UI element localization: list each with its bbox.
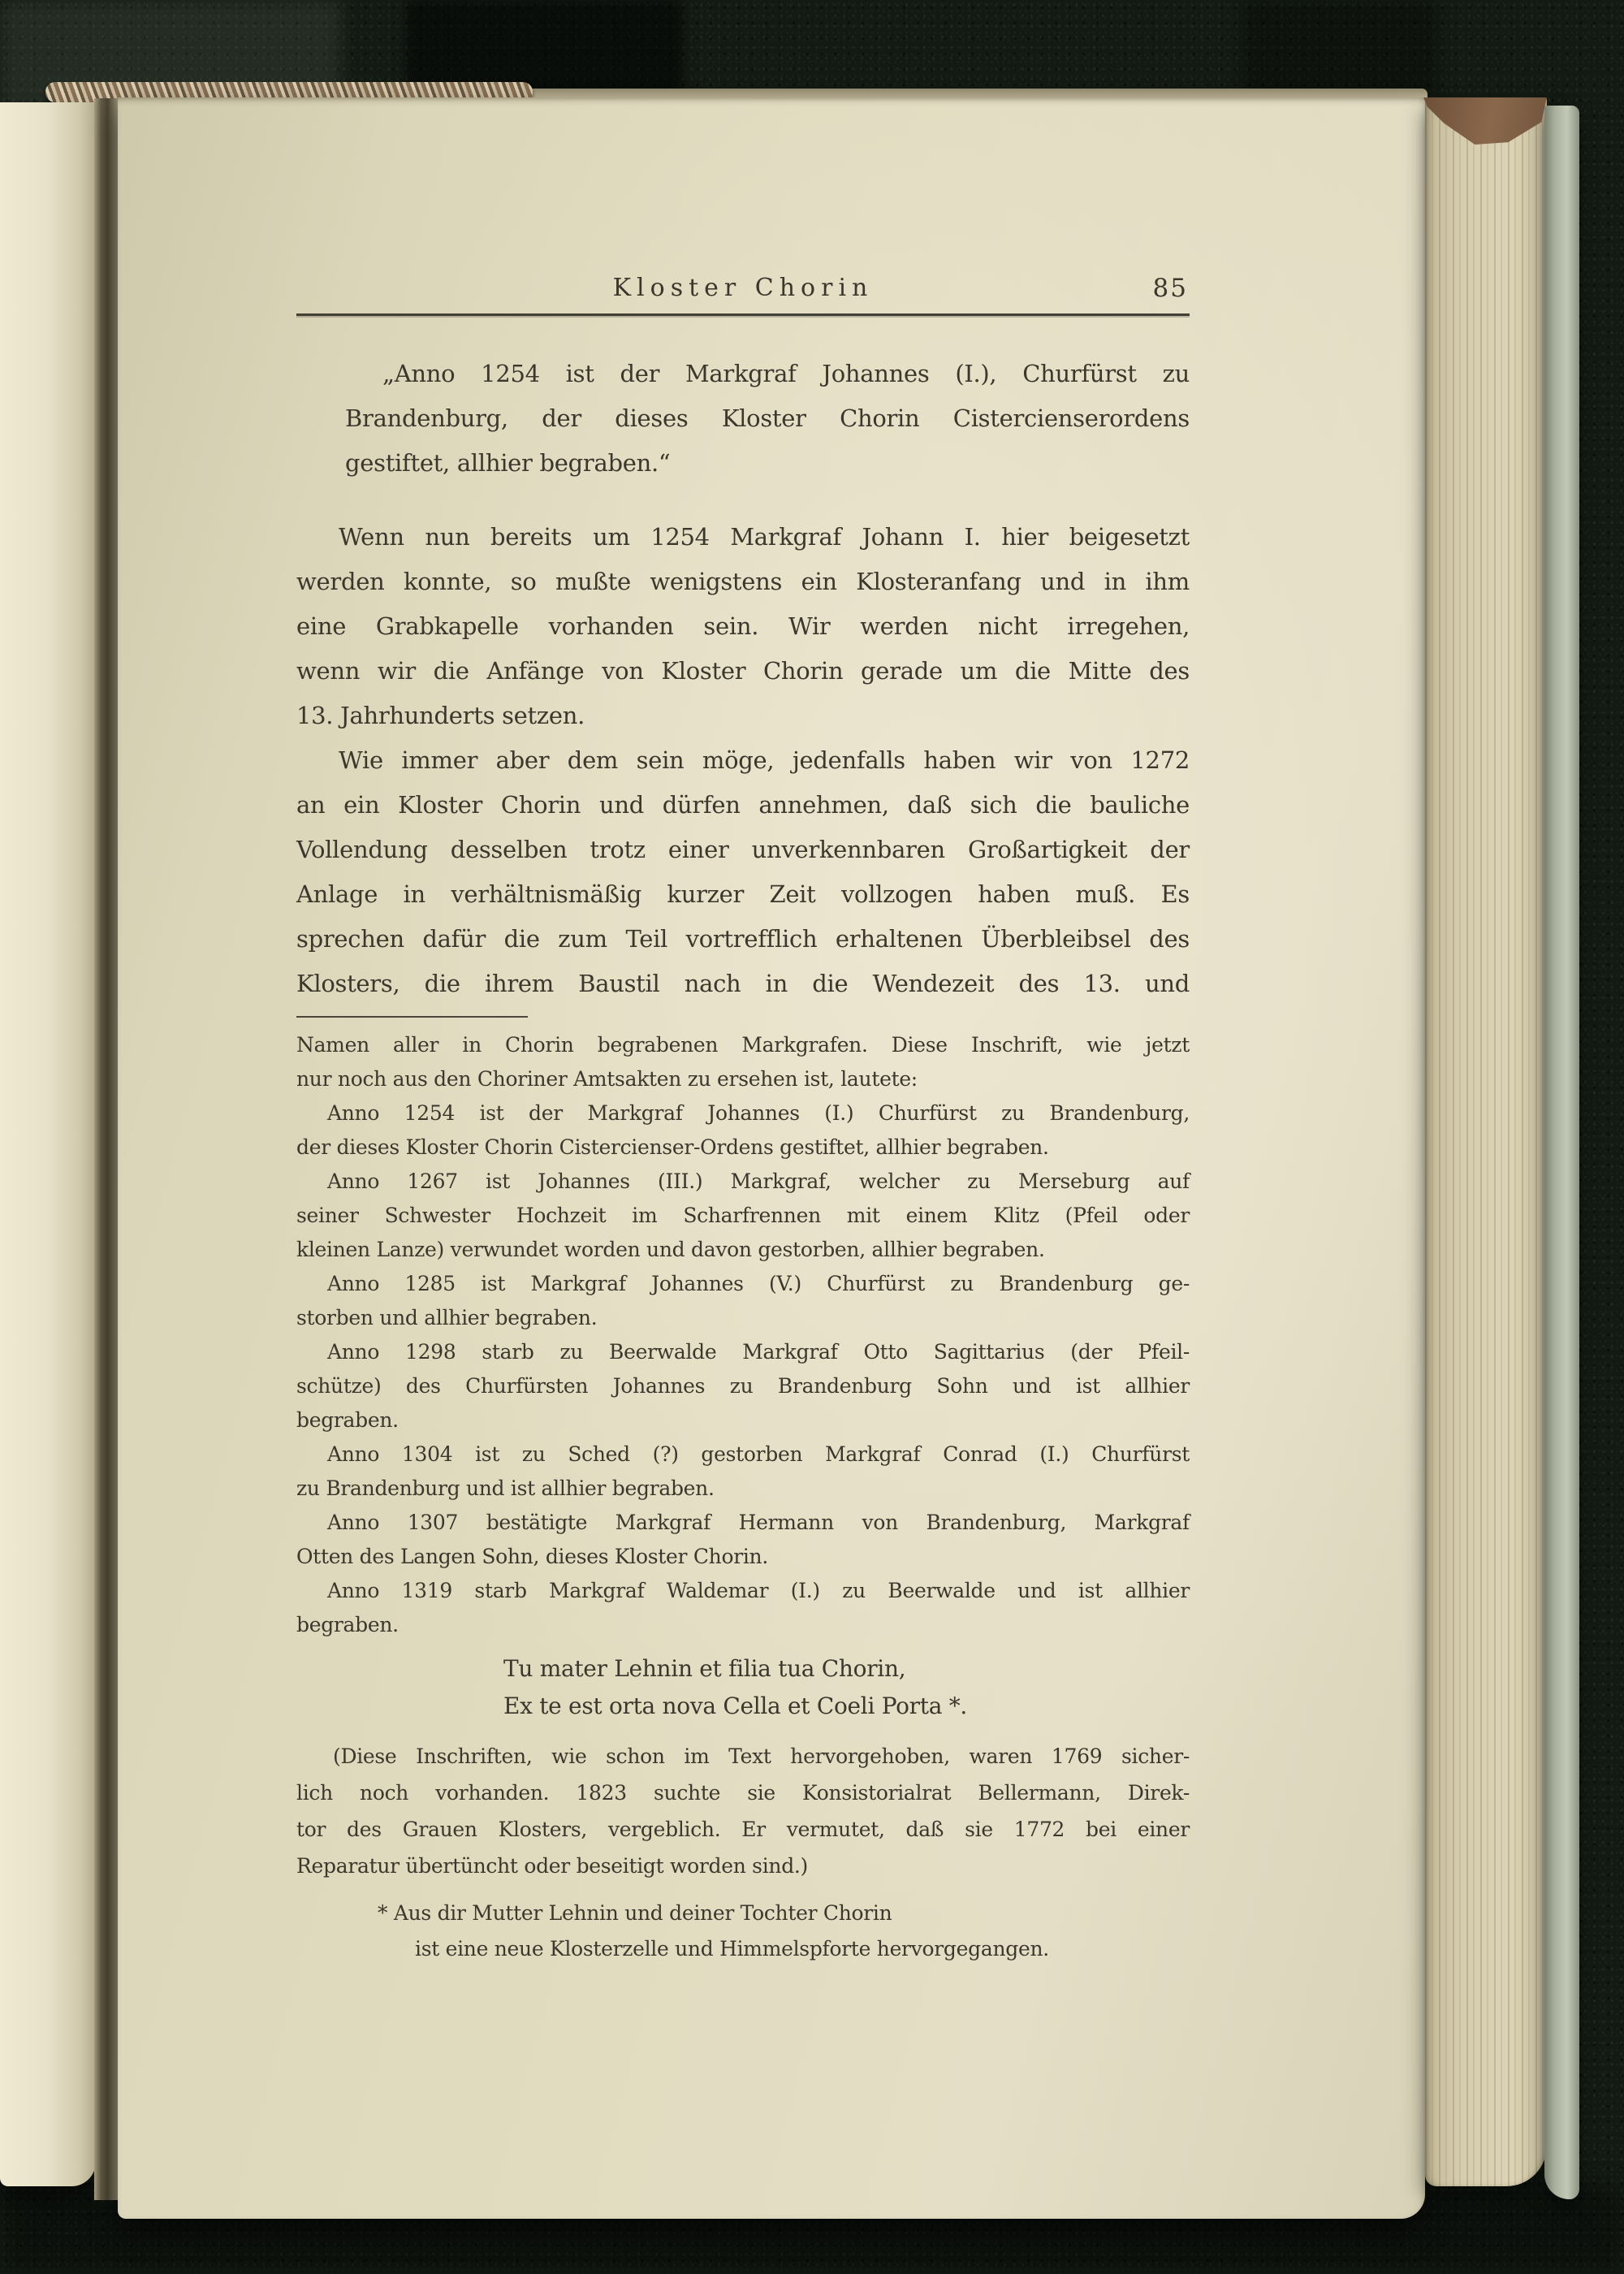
body-line: Klosters, die ihrem Baustil nach in die …	[296, 962, 1190, 1006]
book-cover-edge	[1544, 106, 1579, 2199]
footnote-line: Anno 1254 ist der Markgraf Johannes (I.)…	[296, 1096, 1190, 1131]
book-photograph: { "colors": { "background_felt": "#131a1…	[0, 0, 1624, 2274]
footnote-line: Anno 1319 starb Markgraf Waldemar (I.) z…	[296, 1574, 1190, 1608]
footnote-line: schütze) des Churfürsten Johannes zu Bra…	[296, 1369, 1190, 1403]
gutter-groove	[94, 98, 119, 2200]
footnote-line: der dieses Kloster Chorin Cistercienser-…	[296, 1131, 1190, 1165]
footnote-line: Anno 1285 ist Markgraf Johannes (V.) Chu…	[296, 1267, 1190, 1301]
footnote-line: Otten des Langen Sohn, dieses Kloster Ch…	[296, 1540, 1190, 1574]
latin-verse-line: Ex te est orta nova Cella et Coeli Porta…	[503, 1688, 1190, 1725]
note-line: Reparatur übertüncht oder beseitigt word…	[296, 1848, 1190, 1884]
page-title: Kloster Chorin	[296, 270, 1190, 307]
latin-verse-line: Tu mater Lehnin et filia tua Chorin,	[503, 1650, 1190, 1688]
background-shadow-band	[1242, 0, 1437, 97]
footnote-line: nur noch aus den Choriner Amtsakten zu e…	[296, 1062, 1190, 1096]
footnote-line: Namen aller in Chorin begrabenen Markgra…	[296, 1028, 1190, 1062]
body-paragraph: Wenn nun bereits um 1254 Markgraf Johann…	[296, 515, 1190, 738]
footnote-line: seiner Schwester Hochzeit im Scharfrenne…	[296, 1199, 1190, 1233]
body-line: Wie immer aber dem sein möge, jedenfalls…	[296, 738, 1190, 783]
footnote-line: begraben.	[296, 1403, 1190, 1437]
note-line: tor des Grauen Klosters, vergeblich. Er …	[296, 1811, 1190, 1848]
asterisk-note-line: ist eine neue Klosterzelle und Himmelspf…	[378, 1931, 1190, 1967]
body-line: Vollendung desselben trotz einer unverke…	[296, 828, 1190, 872]
body-line: eine Grabkapelle vorhanden sein. Wir wer…	[296, 604, 1190, 649]
page-number: 85	[1153, 270, 1188, 307]
quote-line: „Anno 1254 ist der Markgraf Johannes (I.…	[345, 352, 1190, 396]
latin-verse: Tu mater Lehnin et filia tua Chorin, Ex …	[503, 1650, 1190, 1725]
body-line: sprechen dafür die zum Teil vortrefflich…	[296, 917, 1190, 962]
body-paragraph: Wie immer aber dem sein möge, jedenfalls…	[296, 738, 1190, 1006]
body-line: werden konnte, so mußte wenigstens ein K…	[296, 560, 1190, 604]
body-line: Wenn nun bereits um 1254 Markgraf Johann…	[296, 515, 1190, 560]
footnote-block: Namen aller in Chorin begrabenen Markgra…	[296, 1028, 1190, 1642]
header-rule	[296, 313, 1190, 316]
body-line: Anlage in verhältnismäßig kurzer Zeit vo…	[296, 872, 1190, 917]
body-line: 13. Jahrhunderts setzen.	[296, 694, 1190, 738]
quote-line: Brandenburg, der dieses Kloster Chorin C…	[345, 396, 1190, 441]
footnote-line: zu Brandenburg und ist allhier begraben.	[296, 1472, 1190, 1506]
running-header: Kloster Chorin 85	[296, 270, 1190, 307]
note-line: (Diese Inschriften, wie schon im Text he…	[296, 1738, 1190, 1775]
footnote-line: begraben.	[296, 1608, 1190, 1642]
parenthetical-note: (Diese Inschriften, wie schon im Text he…	[296, 1738, 1190, 1884]
quote-line: gestiftet, allhier begraben.“	[345, 441, 1190, 486]
left-page-edge	[0, 102, 96, 2186]
footnote-line: storben und allhier begraben.	[296, 1301, 1190, 1335]
note-line: lich noch vorhanden. 1823 suchte sie Kon…	[296, 1775, 1190, 1811]
body-line: an ein Kloster Chorin und dürfen annehme…	[296, 783, 1190, 828]
footnote-line: Anno 1304 ist zu Sched (?) gestorben Mar…	[296, 1437, 1190, 1472]
footnote-line: Anno 1298 starb zu Beerwalde Markgraf Ot…	[296, 1335, 1190, 1369]
inscription-quote: „Anno 1254 ist der Markgraf Johannes (I.…	[345, 352, 1190, 486]
text-column: Kloster Chorin 85 „Anno 1254 ist der Mar…	[296, 270, 1190, 1967]
footnote-line: Anno 1307 bestätigte Markgraf Hermann vo…	[296, 1506, 1190, 1540]
body-line: wenn wir die Anfänge von Kloster Chorin …	[296, 649, 1190, 694]
footnote-line: Anno 1267 ist Johannes (III.) Markgraf, …	[296, 1165, 1190, 1199]
asterisk-note-line: * Aus dir Mutter Lehnin und deiner Tocht…	[378, 1896, 1190, 1931]
footnote-line: kleinen Lanze) verwundet worden und davo…	[296, 1233, 1190, 1267]
fore-edge-page-stack	[1425, 99, 1547, 2186]
footnote-rule	[296, 1016, 528, 1018]
asterisk-footnote: * Aus dir Mutter Lehnin und deiner Tocht…	[378, 1896, 1190, 1967]
